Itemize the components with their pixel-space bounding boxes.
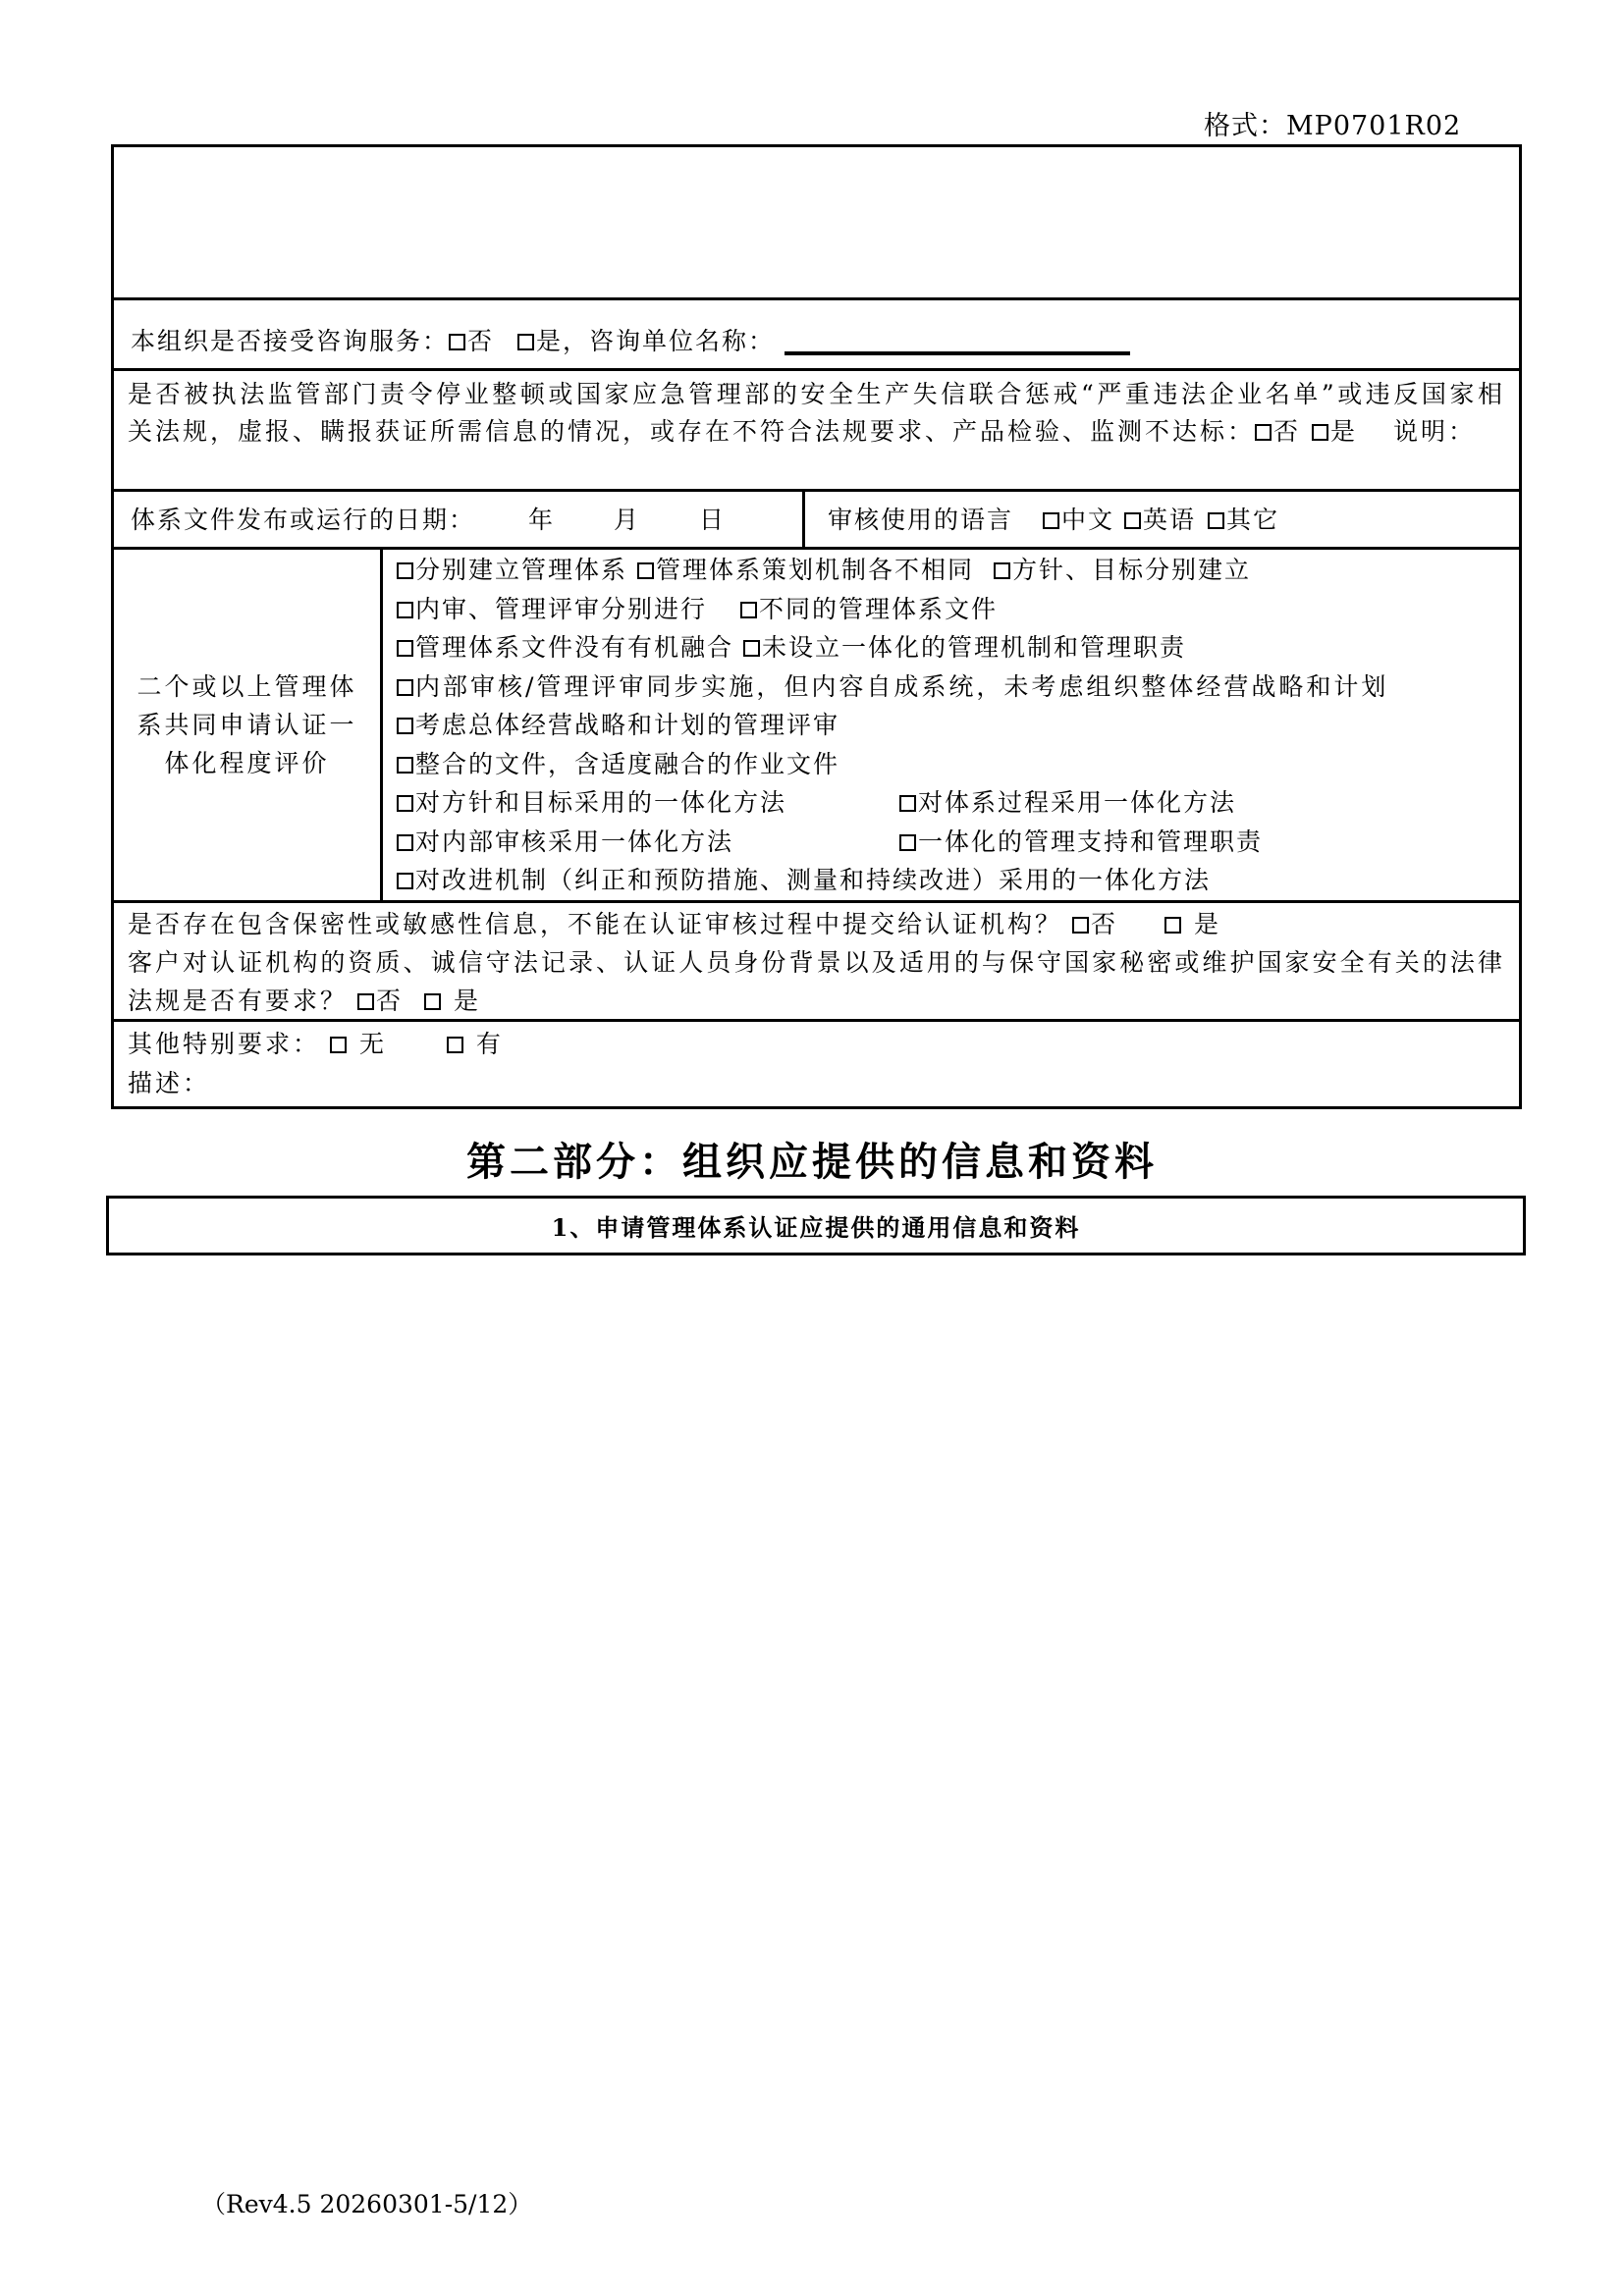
footer-revision: （Rev4.5 20260301-5/12） [201,2185,532,2220]
integration-option-label: 对体系过程采用一体化方法 [918,788,1236,817]
format-code: 格式：MP0701R02 [1204,104,1461,142]
confidential-info-row: 是否存在包含保密性或敏感性信息，不能在认证审核过程中提交给认证机构？否 是 客户… [114,900,1519,1019]
violation-row: 是否被执法监管部门责令停业整顿或国家应急管理部的安全生产失信联合惩戒“严重违法企… [114,368,1519,489]
date-day-label: 日 [699,506,726,534]
confidential-q1-no-checkbox[interactable] [1072,917,1089,934]
language-other-label: 其它 [1226,506,1279,534]
integration-option-checkbox[interactable] [397,602,413,618]
audit-language-cell: 审核使用的语言中文 英语其它 [805,492,1519,547]
confidential-q2-yes-checkbox[interactable] [424,993,441,1010]
integration-option-label: 内部审核/管理评审同步实施，但内容自成系统，未考虑组织整体经营战略和计划 [415,672,1388,701]
integration-option-checkbox[interactable] [397,873,413,889]
integration-option-label: 未设立一体化的管理机制和管理职责 [762,633,1186,662]
language-label: 审核使用的语言 [828,506,1013,534]
special-has-checkbox[interactable] [447,1037,463,1053]
consulting-no-label: 否 [467,327,494,355]
language-chinese-label: 中文 [1061,506,1114,534]
violation-explain-label: 说明： [1393,417,1476,446]
special-none-checkbox[interactable] [330,1037,347,1053]
confidential-q2-block: 客户对认证机构的资质、诚信守法记录、认证人员身份背景以及适用的与保守国家秘密或维… [128,943,1505,1020]
system-doc-date-cell: 体系文件发布或运行的日期：年月日 [114,492,805,547]
consulting-line: 本组织是否接受咨询服务：否 是，咨询单位名称： [131,322,1130,360]
integration-option-label: 管理体系策划机制各不相同 [656,556,974,584]
date-month-label: 月 [614,506,640,534]
application-form-table: 本组织是否接受咨询服务：否 是，咨询单位名称： 是否被执法监管部门责令停业整顿或… [111,144,1522,1109]
integration-option-checkbox[interactable] [397,640,413,657]
confidential-q1-text: 是否存在包含保密性或敏感性信息，不能在认证审核过程中提交给认证机构？ [128,910,1062,938]
special-describe-label: 描述： [128,1064,1505,1103]
integration-option-checkbox[interactable] [397,562,413,579]
language-english-checkbox[interactable] [1124,512,1141,529]
integration-option-label: 考虑总体经营战略和计划的管理评审 [415,711,839,739]
violation-no-checkbox[interactable] [1255,424,1272,441]
language-chinese-checkbox[interactable] [1043,512,1059,529]
integration-option-label: 对方针和目标采用的一体化方法 [415,788,786,817]
integration-option-label: 对改进机制（纠正和预防措施、测量和持续改进）采用的一体化方法 [415,866,1211,894]
confidential-q2-no-label: 否 [376,987,404,1015]
integration-option-checkbox[interactable] [637,562,654,579]
special-none-label: 无 [359,1030,387,1058]
confidential-q1-line: 是否存在包含保密性或敏感性信息，不能在认证审核过程中提交给认证机构？否 是 [128,905,1505,943]
violation-text-block: 是否被执法监管部门责令停业整顿或国家应急管理部的安全生产失信联合惩戒“严重违法企… [128,376,1505,451]
section1-title: 1、申请管理体系认证应提供的通用信息和资料 [552,1208,1081,1243]
integration-option-label: 一体化的管理支持和管理职责 [918,828,1263,856]
blank-row [114,147,1519,297]
integration-option-label: 分别建立管理体系 [415,556,627,584]
confidential-q2-no-checkbox[interactable] [357,993,374,1010]
integration-option-label: 对内部审核采用一体化方法 [415,828,733,856]
integration-option-checkbox[interactable] [397,718,413,734]
integration-option-label: 内审、管理评审分别进行 [415,595,707,623]
consulting-row: 本组织是否接受咨询服务：否 是，咨询单位名称： [114,297,1519,368]
confidential-q1-yes-label: 是 [1194,910,1221,938]
consulting-unit-name-field[interactable] [785,330,1130,355]
integration-option-checkbox[interactable] [899,795,916,812]
special-requirements-label: 其他特别要求： [128,1030,320,1058]
integration-option-checkbox[interactable] [994,562,1010,579]
integration-option-checkbox[interactable] [397,834,413,851]
integration-options-cell: 分别建立管理体系 管理体系策划机制各不相同 方针、目标分别建立 内审、管理评审分… [383,550,1519,900]
integration-option-label: 方针、目标分别建立 [1012,556,1251,584]
section1-title-box: 1、申请管理体系认证应提供的通用信息和资料 [106,1196,1526,1255]
confidential-q2-yes-label: 是 [454,987,481,1015]
consulting-question: 本组织是否接受咨询服务： [131,327,449,355]
integration-option-checkbox[interactable] [397,757,413,774]
integration-option-label: 管理体系文件没有有机融合 [415,633,733,662]
consulting-yes-checkbox[interactable] [517,334,534,350]
date-label: 体系文件发布或运行的日期： [131,506,475,534]
confidential-q2-text: 客户对认证机构的资质、诚信守法记录、认证人员身份背景以及适用的与保守国家秘密或维… [128,948,1505,1015]
violation-yes-checkbox[interactable] [1312,424,1328,441]
special-has-label: 有 [476,1030,504,1058]
integration-option-checkbox[interactable] [397,679,413,696]
violation-yes-label: 是 [1330,417,1358,446]
part2-heading: 第二部分：组织应提供的信息和资料 [0,1131,1624,1187]
consulting-no-checkbox[interactable] [449,334,465,350]
date-language-row: 体系文件发布或运行的日期：年月日 审核使用的语言中文 英语其它 [114,489,1519,547]
integration-option-label: 不同的管理体系文件 [759,595,998,623]
special-requirements-line: 其他特别要求： 无 有 [128,1025,1505,1064]
integration-option-label: 整合的文件，含适度融合的作业文件 [415,750,839,778]
integration-row: 二个或以上管理体系共同申请认证一体化程度评价 分别建立管理体系 管理体系策划机制… [114,547,1519,900]
date-year-label: 年 [528,506,555,534]
integration-label-cell: 二个或以上管理体系共同申请认证一体化程度评价 [114,550,383,900]
violation-no-label: 否 [1273,417,1301,446]
integration-option-checkbox[interactable] [899,834,916,851]
language-english-label: 英语 [1143,506,1196,534]
confidential-q1-no-label: 否 [1091,910,1118,938]
integration-option-checkbox[interactable] [740,602,757,618]
integration-option-checkbox[interactable] [743,640,760,657]
language-other-checkbox[interactable] [1208,512,1224,529]
integration-option-checkbox[interactable] [397,795,413,812]
confidential-q1-yes-checkbox[interactable] [1164,917,1181,934]
special-requirements-row: 其他特别要求： 无 有 描述： [114,1019,1519,1106]
integration-label: 二个或以上管理体系共同申请认证一体化程度评价 [130,667,365,782]
consulting-yes-label: 是，咨询单位名称： [536,327,775,355]
